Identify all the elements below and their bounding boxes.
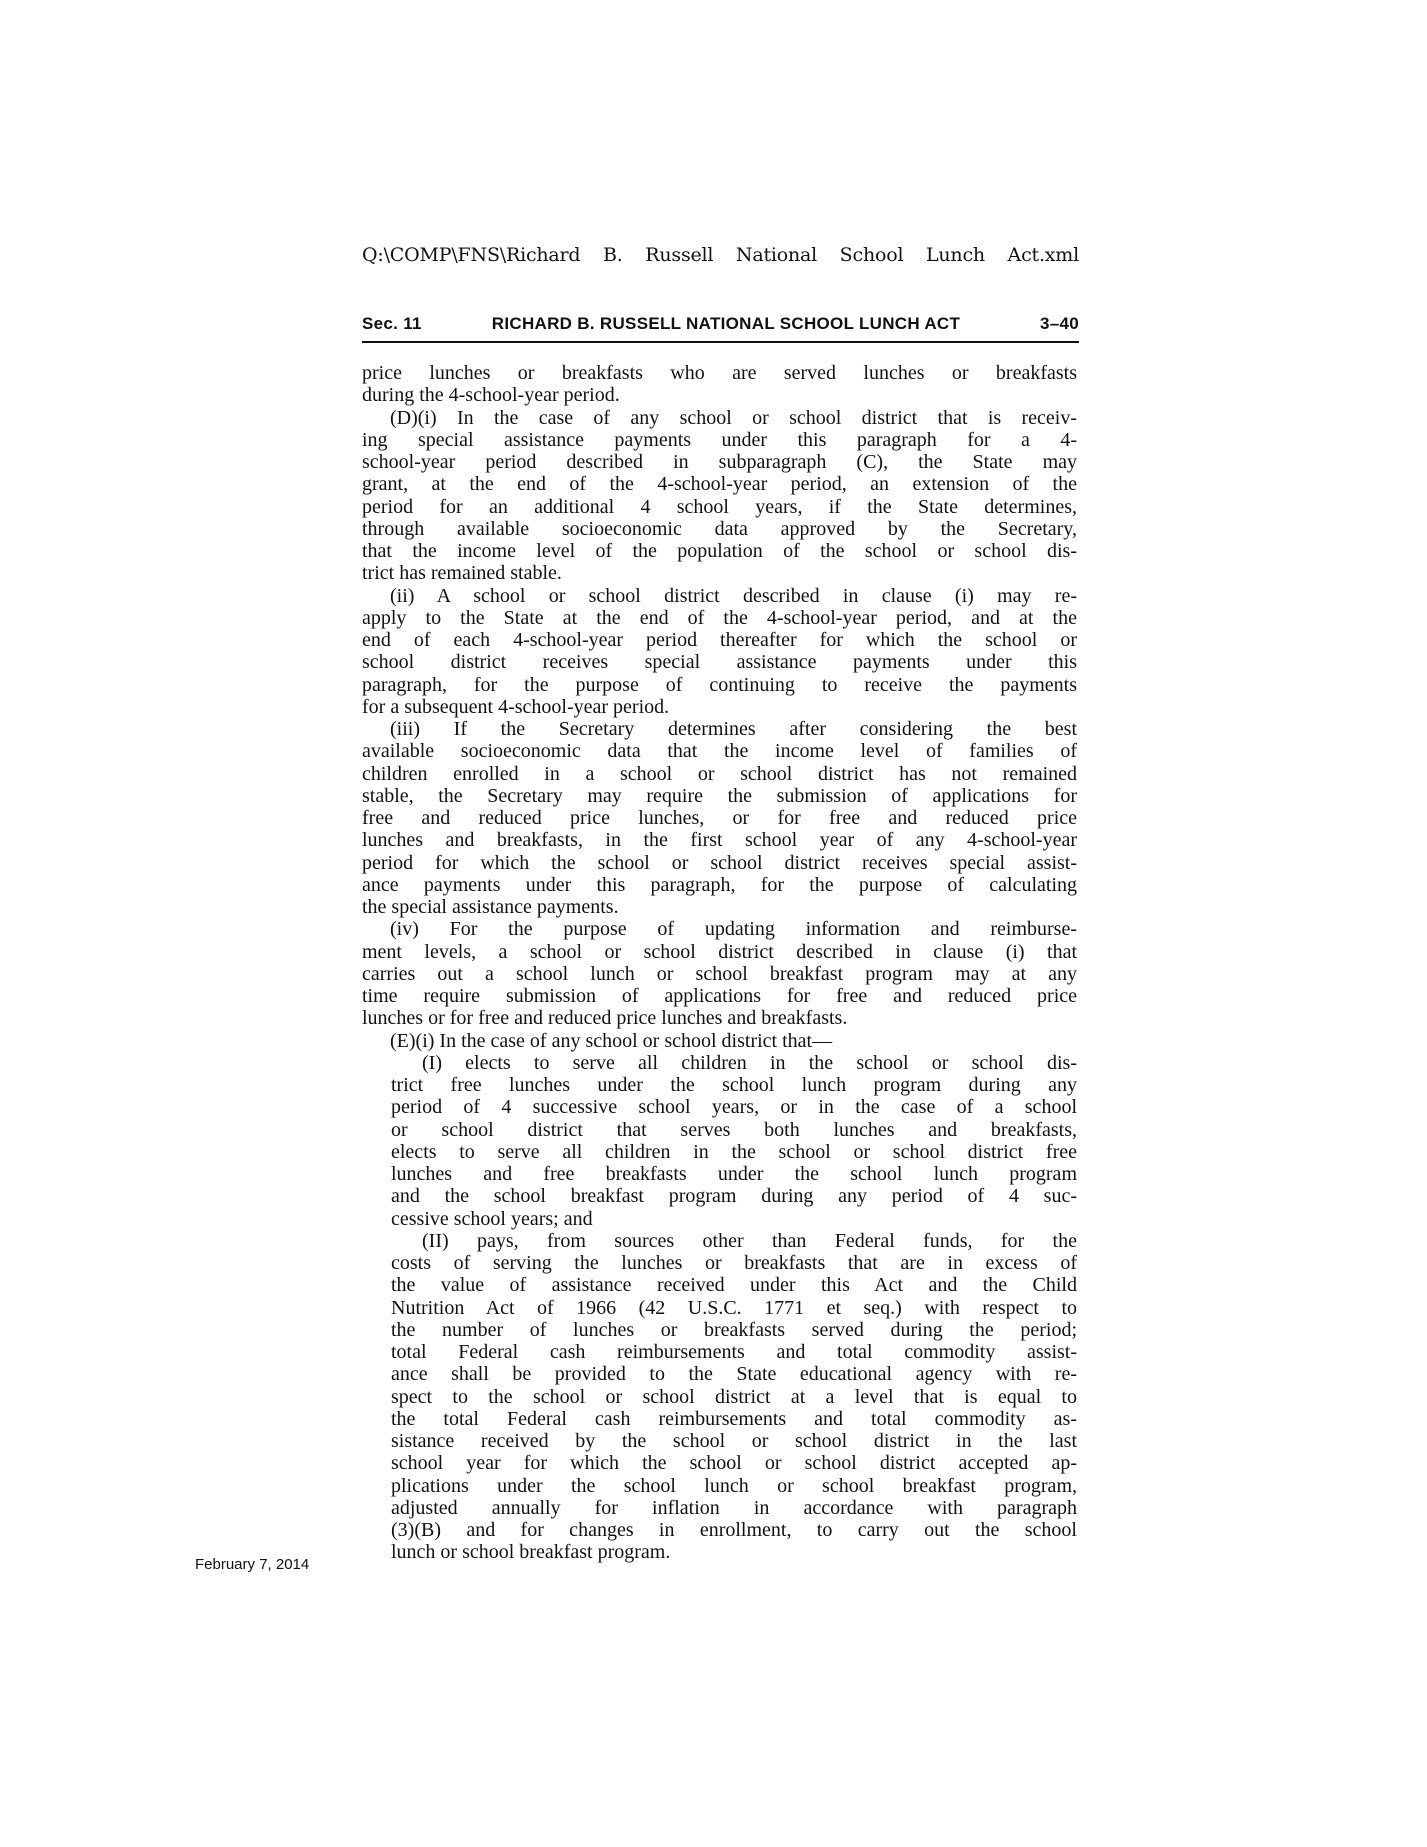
text-line: costs of serving the lunches or breakfas…: [391, 1252, 1077, 1274]
text-line: lunches or for free and reduced price lu…: [362, 1007, 1077, 1029]
text-line: (II) pays, from sources other than Feder…: [391, 1230, 1077, 1252]
text-line: or school district that serves both lunc…: [391, 1119, 1077, 1141]
text-line: lunches and free breakfasts under the sc…: [391, 1163, 1077, 1185]
text-line: available socioeconomic data that the in…: [362, 740, 1077, 762]
text-line: elects to serve all children in the scho…: [391, 1141, 1077, 1163]
text-line: (iii) If the Secretary determines after …: [362, 718, 1077, 740]
text-line: cessive school years; and: [391, 1208, 1077, 1230]
text-line: for a subsequent 4-school-year period.: [362, 696, 1077, 718]
text-line: lunch or school breakfast program.: [391, 1541, 1077, 1563]
text-line: grant, at the end of the 4-school-year p…: [362, 473, 1077, 495]
text-line: the value of assistance received under t…: [391, 1274, 1077, 1296]
text-line: and the school breakfast program during …: [391, 1185, 1077, 1207]
text-line: (D)(i) In the case of any school or scho…: [362, 407, 1077, 429]
text-line: sistance received by the school or schoo…: [391, 1430, 1077, 1452]
text-line: that the income level of the population …: [362, 540, 1077, 562]
text-line: (ii) A school or school district describ…: [362, 585, 1077, 607]
text-line: (I) elects to serve all children in the …: [391, 1052, 1077, 1074]
text-line: total Federal cash reimbursements and to…: [391, 1341, 1077, 1363]
text-line: (E)(i) In the case of any school or scho…: [362, 1030, 1077, 1052]
footer-date: February 7, 2014: [195, 1556, 309, 1574]
running-head: Sec. 11 RICHARD B. RUSSELL NATIONAL SCHO…: [362, 314, 1079, 336]
text-line: ment levels, a school or school district…: [362, 941, 1077, 963]
text-line: free and reduced price lunches, or for f…: [362, 807, 1077, 829]
file-path-header: Q:\COMP\FNS\Richard B. Russell National …: [362, 243, 1079, 267]
act-title: RICHARD B. RUSSELL NATIONAL SCHOOL LUNCH…: [452, 314, 1040, 334]
text-line: ance payments under this paragraph, for …: [362, 874, 1077, 896]
text-line: period for an additional 4 school years,…: [362, 496, 1077, 518]
text-line: end of each 4-school-year period thereaf…: [362, 629, 1077, 651]
text-line: adjusted annually for inflation in accor…: [391, 1497, 1077, 1519]
text-line: plications under the school lunch or sch…: [391, 1475, 1077, 1497]
text-line: paragraph, for the purpose of continuing…: [362, 674, 1077, 696]
text-line: (3)(B) and for changes in enrollment, to…: [391, 1519, 1077, 1541]
text-line: trict free lunches under the school lunc…: [391, 1074, 1077, 1096]
text-line: carries out a school lunch or school bre…: [362, 963, 1077, 985]
section-label: Sec. 11: [362, 314, 452, 334]
text-line: stable, the Secretary may require the su…: [362, 785, 1077, 807]
text-line: the total Federal cash reimbursements an…: [391, 1408, 1077, 1430]
text-line: school-year period described in subparag…: [362, 451, 1077, 473]
text-line: Nutrition Act of 1966 (42 U.S.C. 1771 et…: [391, 1297, 1077, 1319]
text-line: the special assistance payments.: [362, 896, 1077, 918]
text-line: trict has remained stable.: [362, 562, 1077, 584]
text-line: (iv) For the purpose of updating informa…: [362, 918, 1077, 940]
text-line: spect to the school or school district a…: [391, 1386, 1077, 1408]
text-line: the number of lunches or breakfasts serv…: [391, 1319, 1077, 1341]
statute-body: price lunches or breakfasts who are serv…: [362, 362, 1077, 1564]
text-line: price lunches or breakfasts who are serv…: [362, 362, 1077, 384]
text-line: time require submission of applications …: [362, 985, 1077, 1007]
text-line: lunches and breakfasts, in the first sch…: [362, 829, 1077, 851]
header-rule: [362, 341, 1079, 343]
text-line: apply to the State at the end of the 4-s…: [362, 607, 1077, 629]
text-line: school year for which the school or scho…: [391, 1452, 1077, 1474]
text-line: during the 4-school-year period.: [362, 384, 1077, 406]
page-number: 3–40: [1040, 314, 1079, 334]
text-line: ing special assistance payments under th…: [362, 429, 1077, 451]
text-line: school district receives special assista…: [362, 651, 1077, 673]
text-line: period for which the school or school di…: [362, 852, 1077, 874]
text-line: children enrolled in a school or school …: [362, 763, 1077, 785]
text-line: period of 4 successive school years, or …: [391, 1096, 1077, 1118]
text-line: ance shall be provided to the State educ…: [391, 1363, 1077, 1385]
text-line: through available socioeconomic data app…: [362, 518, 1077, 540]
